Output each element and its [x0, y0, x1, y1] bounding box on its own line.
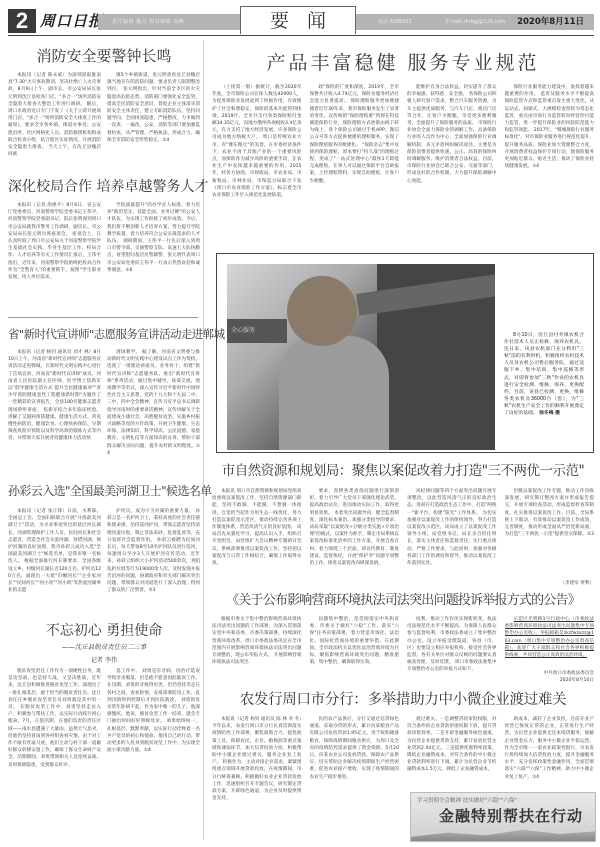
article-body: 学院质量提升"的办学育人标准，着力培养"政治坚定、技能全面、业务过硬"的公安人才… [107, 202, 200, 304]
article-body: 基工作中。 刘勇是有牙病，因治疗延误导致牙齿脱落，但是他不愿意因此耽误工作。在汛… [107, 668, 200, 844]
advertisement-banner[interactable]: 学习贯彻全会精神 扶实做好"六稳""六保" 金融特别帮扶在行动 [410, 792, 596, 842]
article-credit: （李建军 贾利） [212, 580, 594, 587]
article-headline[interactable]: 《关于公布影响营商环境执法司法突出问题投诉举报方式的公告》 [212, 590, 594, 612]
article-river-guard[interactable]: 孙彩云入选"全国最美河湖卫士"候选名单 本报讯（记者 张正锋）日前，水利部、全国… [8, 482, 200, 608]
article-body: 问题集中整治，是贯彻落实中央和省委、市委关于做好"六稳"工作、落实"六保"任务决… [310, 616, 400, 680]
article-headline[interactable]: 孙彩云入选"全国最美河湖卫士"候选名单 [8, 482, 200, 500]
notice-signature-block: 中共周口市委政法委员会 2020年8月10日 [502, 670, 594, 684]
article-police-school[interactable]: 深化校局合作 培养卓越警务人才 本报讯（记者 胡惠平）8月6日，省公安厅党委委员… [8, 178, 200, 304]
article-body: 本报讯（记者 胡惠平）8月6日，省公安厅党委委员、河南警察学院党委书记王伟平、河… [8, 202, 101, 304]
ad-title: 金融特别帮扶在行动 [439, 807, 583, 825]
article-headline[interactable]: 不忘初心 勇担使命 [8, 622, 200, 640]
article-body: 民的农产品供应，分行又通过信贷绿色通道、采取办贷的形式，累计向某粮食产品有限公司… [310, 716, 400, 840]
article-body: 能维护自身合法权益，切实提升了群众的幸福感、获得感、安全感。 各保险公司积极人研… [407, 84, 497, 250]
section-title: 要闻 [240, 6, 356, 34]
photo-farm-machinery-repair[interactable]: 全心服务 [227, 264, 495, 450]
notice-date: 2020年8月10日 [502, 677, 594, 684]
article-body: 要求，查摆各类查找问题进行深刻剖析，着力引导广大党员干部强化理论武装、提高政治站… [310, 488, 400, 580]
paper-name-logo: 周口日报 [40, 11, 104, 31]
article-body: 保险行业服务能力建设中，发挥着越来越重要的作用。 监管及服务水平不断提高 保险监… [505, 84, 595, 250]
article-body: 现场教学。 据了解，河南省文明委与推动新时代文明实践中心建设试点工作为契机，选派… [107, 349, 200, 487]
editor-bar: 责任编辑 魏天 校对编辑 高峰 [98, 14, 240, 30]
article-body: 脱贫攻坚责任工作作为一项硬性任务，既是攻坚战，也是持久战，又是决胜战。近年来，沈… [8, 668, 101, 844]
article-fire-safety[interactable]: 消防安全要警钟长鸣 本报讯（记者 陈永威）为深刻汲取淮南县"7·30"火灾事故教… [8, 46, 200, 176]
article-body: 根据市委关于集中整治影响营商环境执法司法突出问题的工作部署，为深入贯彻落实党中央… [212, 616, 302, 680]
photo-credit: 徐冬梅 摄 [539, 411, 560, 416]
photo-person-body [279, 336, 389, 450]
article-body: 本报讯（记者 陈永威）为深刻汲取淮南县"7·30"火灾事故教训，坚决杜绝亡人火灾… [8, 72, 101, 176]
article-headline[interactable]: 市自然资源和规划局：聚焦以案促改着力打造"三不两优一示范" [212, 460, 594, 482]
column-divider [203, 40, 204, 840]
article-subheadline: ——沈丘县脱贫责任员二三事 [8, 642, 200, 651]
article-veteran[interactable]: 不忘初心 勇担使命 ——沈丘县脱贫责任员二三事 记者 李伟 脱贫攻坚责任工作作为… [8, 622, 200, 844]
photo-sign-shape: 全心服务 [227, 319, 287, 343]
photo-feature: 全心服务 8月10日，沈丘县付井镇农机合作社技术人员正检修、保养农机具。连日来，… [216, 253, 594, 453]
article-body: 本报讯 周口市自然资源和规划局党组高度重视以案促改工作，坚持自然资源部门职能，坚… [212, 488, 302, 580]
ad-tagline: 学习贯彻全会精神 扶实做好"六稳""六保" [417, 796, 517, 804]
masthead: 2 周口日报 责任编辑 魏天 校对编辑 高峰 要闻 电话 8399922 E-m… [0, 0, 600, 38]
article-headline[interactable]: 产品丰富稳健 服务专业规范 [212, 50, 594, 76]
photo-caption: 8月10日，沈丘县付井镇农机合作社技术人员正检修、保养农机具。连日来，该县农机部… [504, 332, 584, 417]
article-body: 层级以案促改工作专题，推动工作向纵深发展，研究制订整改方案并形成报告提交，开展专… [505, 488, 595, 580]
article-body: 风纪律问题等四个方面突出问题开展专项整治，以此营造风清气正的良好政治生态。进而在… [407, 488, 497, 580]
article-body: 本报讯（记者 张正锋）日前，水利部、全国总工会、全国妇联联合开展"寻找最美河湖卫… [8, 508, 101, 608]
article-body: 政"保险的广度和深度。2019年，全市保费共计收入4.74亿元，保险业服务经济社… [310, 84, 400, 250]
notice-signature: 中共周口市委政法委员会 [502, 670, 594, 677]
article-body: 镇5个乡镇街道，张元明查看沈丘县槐店镇当地存在的消防问题，要求负责人限期整改到位… [107, 72, 200, 176]
email-link[interactable]: E-mail zkrbgj@126.com [446, 14, 505, 30]
great-wall-icon [411, 827, 596, 841]
article-byline: 记者 李伟 [8, 655, 200, 664]
caption-text: 8月10日，沈丘县付井镇农机合作社技术人员正检修、保养农机具。连日来，该县农机部… [504, 333, 584, 416]
article-land-bureau[interactable]: 市自然资源和规划局：聚焦以案促改着力打造"三不两优一示范" 本报讯 周口市自然资… [212, 460, 594, 587]
masthead-divider [8, 35, 594, 36]
article-lecturer[interactable]: 省"新时代宣讲师"志愿服务宣讲活动走进郸城 本报讯（记者 杨钊 通讯员 刘才 林… [8, 325, 200, 487]
page-number: 2 [8, 9, 36, 33]
article-body: 度利、推动工作作风实现新转变，执法司法规范化水平不断提高。为保障人民群众参与监督… [407, 616, 497, 680]
article-headline[interactable]: 农发行周口市分行：多举措助力中小微企业渡过难关 [212, 688, 594, 712]
article-body: 本报讯（记者 杨钊 通讯员 陈 林 李 冬）今年以来，农发行周口市分行认真贯彻落… [212, 716, 302, 840]
article-headline[interactable]: 消防安全要警钟长鸣 [8, 46, 200, 66]
article-headline[interactable]: 省"新时代宣讲师"志愿服务宣讲活动走进郸城 [8, 325, 200, 343]
photo-person-head [287, 276, 357, 346]
article-body: 助成本，减轻了企业负担，目前开业产经营已恢复正常的企业，正常进行生产经营。为民营… [505, 716, 595, 800]
issue-date: 2020年8月11日 [517, 14, 584, 30]
edit-phone: 电话 8399922 [378, 14, 412, 30]
section-divider [8, 317, 198, 318]
article-body: 护河员，成为守卫河湖的重要力量。 孙彩云是一名护河卫士，秉持高度的社会责任感和使… [107, 508, 200, 608]
info-bar: 电话 8399922 E-mail zkrbgj@126.com 2020年8月… [356, 14, 594, 30]
article-notice[interactable]: 《关于公布影响营商环境执法司法突出问题投诉举报方式的公告》 根据市委关于集中整治… [212, 590, 594, 680]
article-body: （上接第一版）据统计，截至2020年年底，全市保险公司在保人数达42990人，为… [212, 84, 302, 250]
article-body: 本报讯（记者 杨钊 通讯员 刘才 林）8月10日上午，河南省"新时代宣讲师"志愿… [8, 349, 101, 487]
article-insurance[interactable]: 产品丰富稳健 服务专业规范 （上接第一版）据统计，截至2020年年底，全市保险公… [212, 50, 594, 250]
article-headline[interactable]: 深化校局合作 培养卓越警务人才 [8, 178, 200, 196]
